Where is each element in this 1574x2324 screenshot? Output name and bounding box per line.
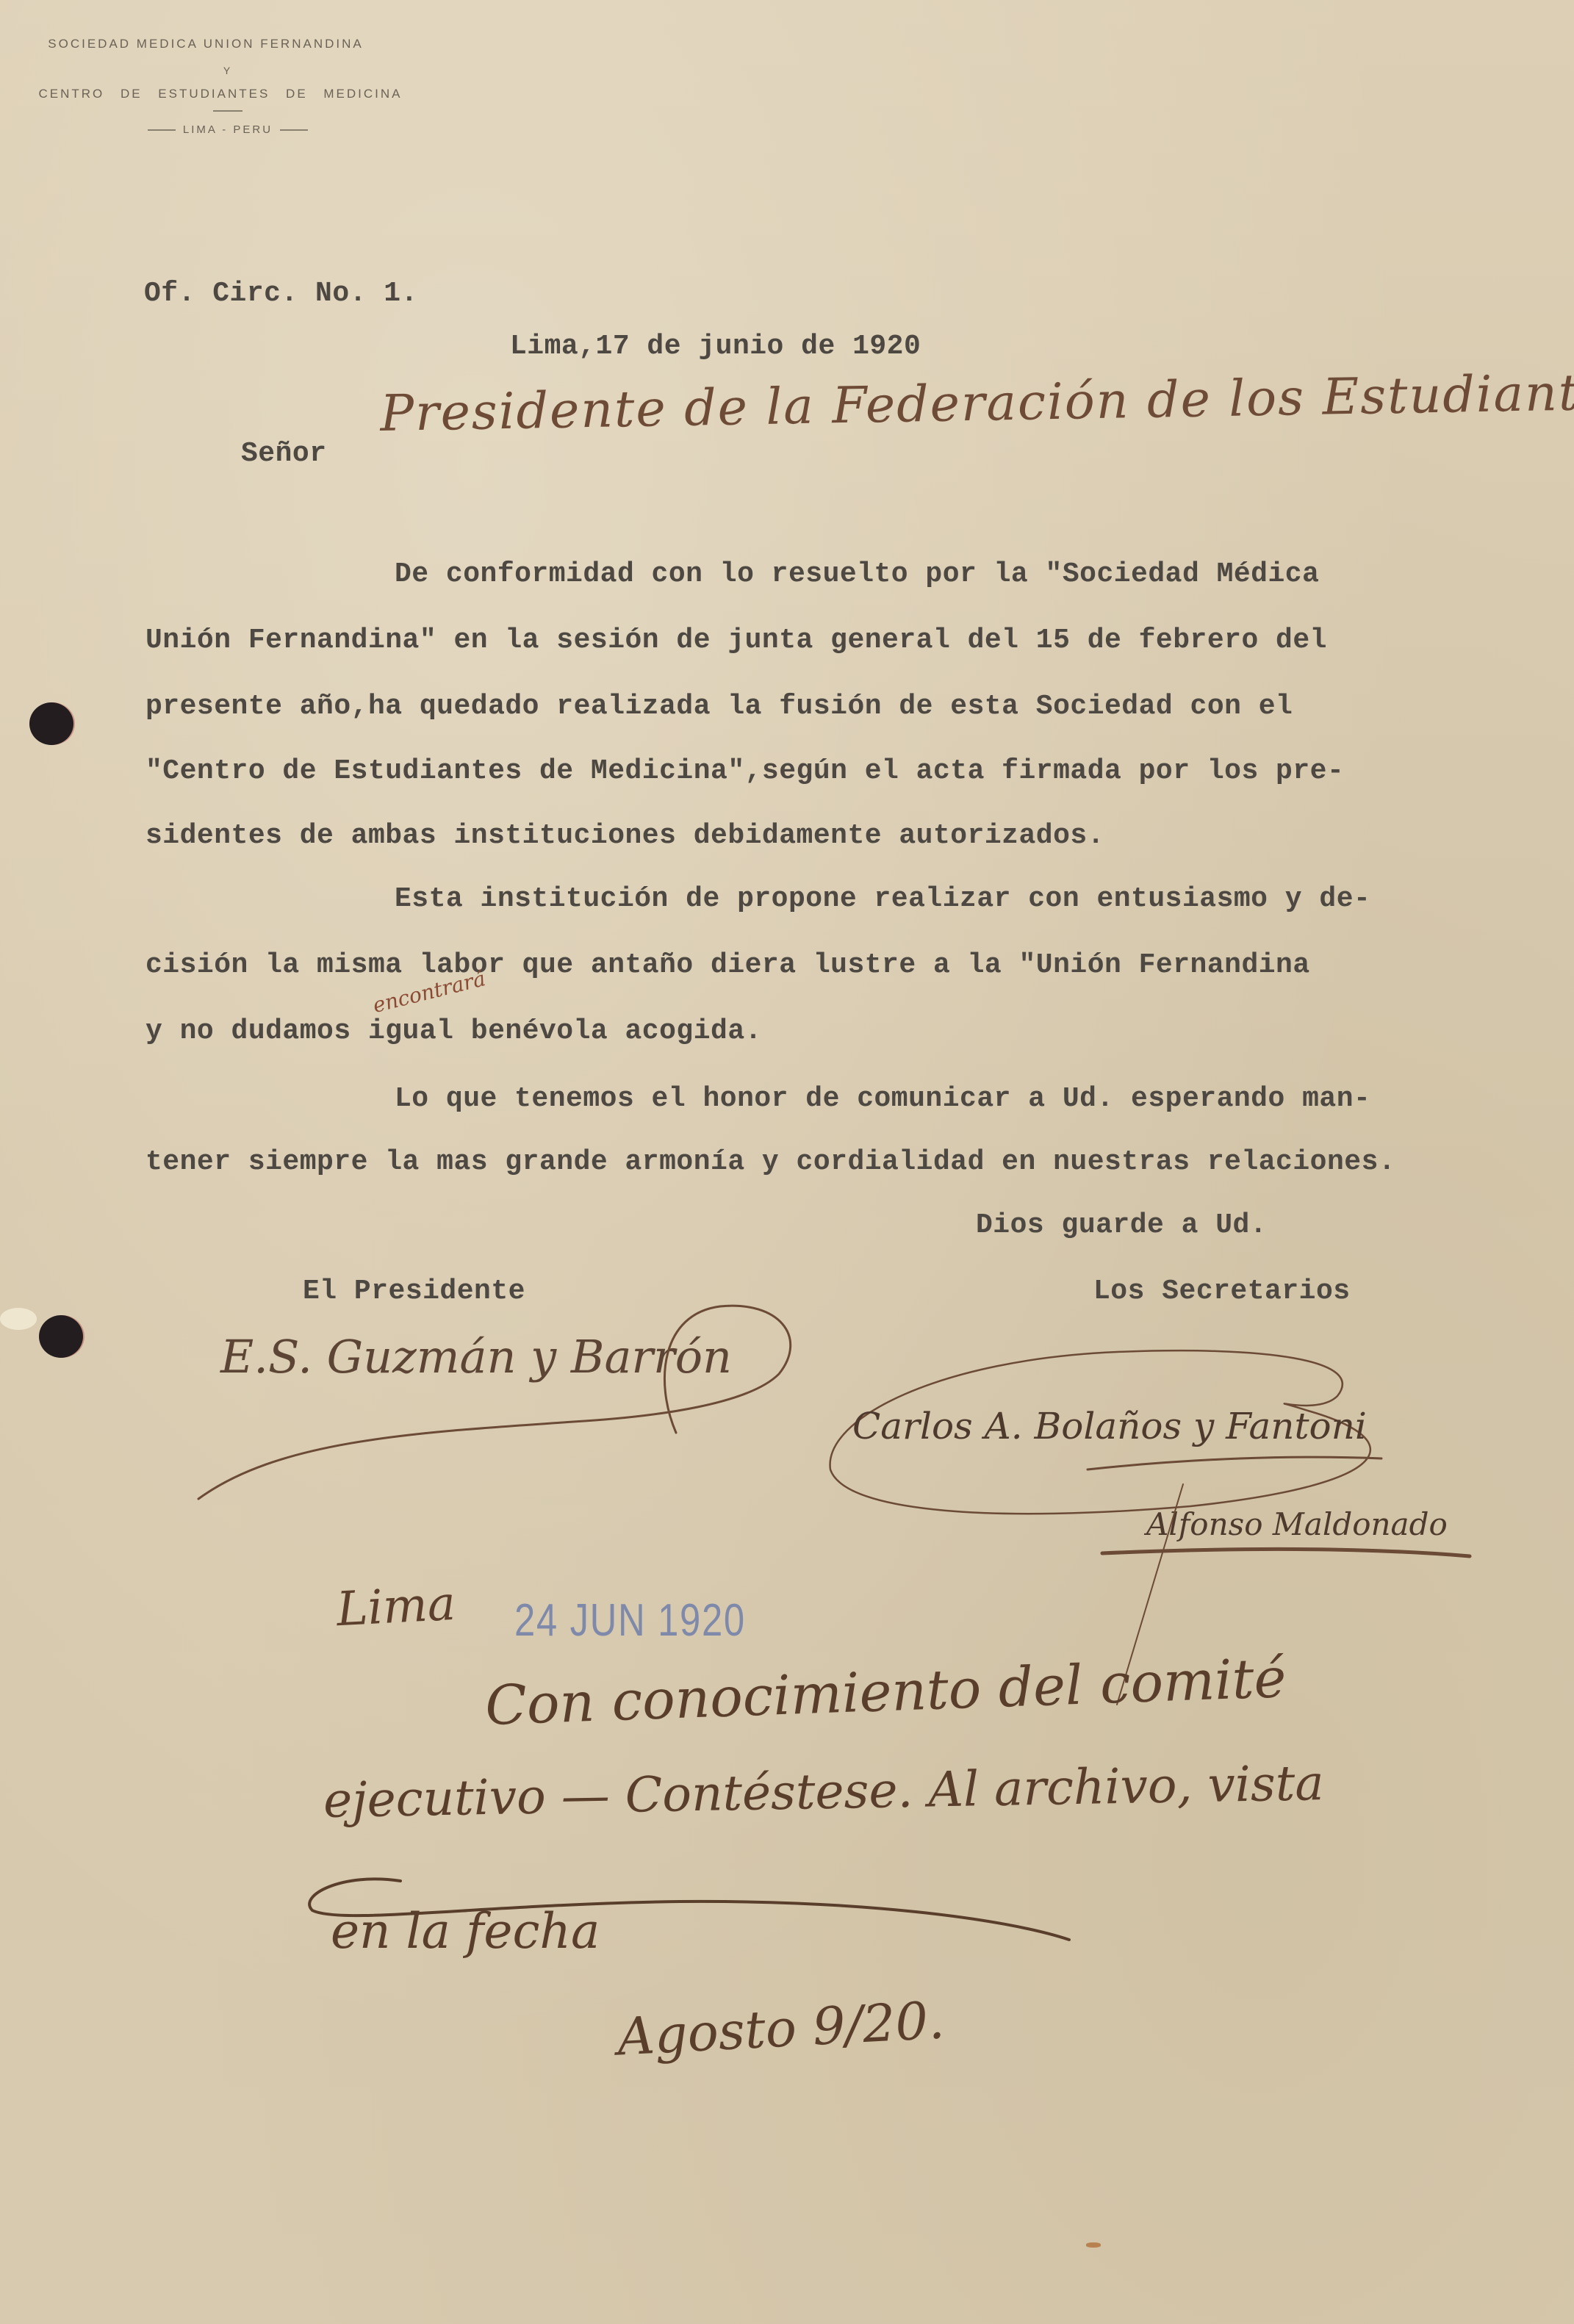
p2-line-2: cisión la misma labor que antaño diera l… xyxy=(145,949,1310,981)
punch-hole-bottom xyxy=(39,1315,83,1358)
letterhead-right-rule xyxy=(280,129,308,131)
letterhead-line-1: SOCIEDAD MEDICA UNION FERNANDINA xyxy=(0,37,412,51)
p1-line-2: Unión Fernandina" en la sesión de junta … xyxy=(145,625,1327,656)
annotation-date: Agosto 9/20. xyxy=(616,1990,946,2067)
p3-line-2: tener siempre la mas grande armonía y co… xyxy=(145,1146,1395,1178)
stamp-handwritten-prefix: Lima xyxy=(335,1577,456,1637)
president-signature-flourish xyxy=(191,1293,852,1514)
circular-reference: Of. Circ. No. 1. xyxy=(144,278,418,309)
annotation-line-3: en la fecha xyxy=(331,1903,600,1960)
letterhead-location-row: LIMA - PERU xyxy=(29,123,426,136)
paper-tear-mark xyxy=(0,1308,37,1330)
letterhead: SOCIEDAD MEDICA UNION FERNANDINA Y CENTR… xyxy=(29,37,426,136)
p2-line-1: Esta institución de propone realizar con… xyxy=(395,883,1370,915)
handwritten-addressee: Presidente de la Federación de los Estud… xyxy=(380,363,1574,443)
letterhead-line-2: Y xyxy=(29,65,426,76)
letterhead-divider xyxy=(213,110,242,112)
annotation-line-2: ejecutivo — Contéstese. Al archivo, vist… xyxy=(323,1755,1324,1829)
received-date-stamp: 24 JUN 1920 xyxy=(514,1594,746,1647)
secretaries-title: Los Secretarios xyxy=(1093,1276,1351,1307)
letterhead-left-rule xyxy=(148,129,176,131)
secretary-signature-2: Alfonso Maldonado xyxy=(1146,1506,1448,1542)
letterhead-line-3: CENTRO DE ESTUDIANTES DE MEDICINA xyxy=(15,87,426,101)
salutation-typed: Señor xyxy=(241,438,327,470)
p2-line-3: y no dudamos igual benévola acogida. xyxy=(145,1015,762,1047)
foxing-spot xyxy=(1086,2242,1101,2248)
secretary-signature-1: Carlos A. Bolaños y Fantoni xyxy=(852,1405,1367,1447)
p1-line-4: "Centro de Estudiantes de Medicina",segú… xyxy=(145,755,1344,787)
date-line: Lima,17 de junio de 1920 xyxy=(510,331,921,362)
closing-line: Dios guarde a Ud. xyxy=(976,1209,1267,1241)
punch-hole-top xyxy=(29,702,73,745)
p3-line-1: Lo que tenemos el honor de comunicar a U… xyxy=(395,1083,1370,1115)
p1-line-3: presente año,ha quedado realizada la fus… xyxy=(145,691,1293,722)
p1-line-1: De conformidad con lo resuelto por la "S… xyxy=(395,558,1319,590)
letterhead-line-4: LIMA - PERU xyxy=(183,123,273,136)
p1-line-5: sidentes de ambas instituciones debidame… xyxy=(145,820,1104,852)
